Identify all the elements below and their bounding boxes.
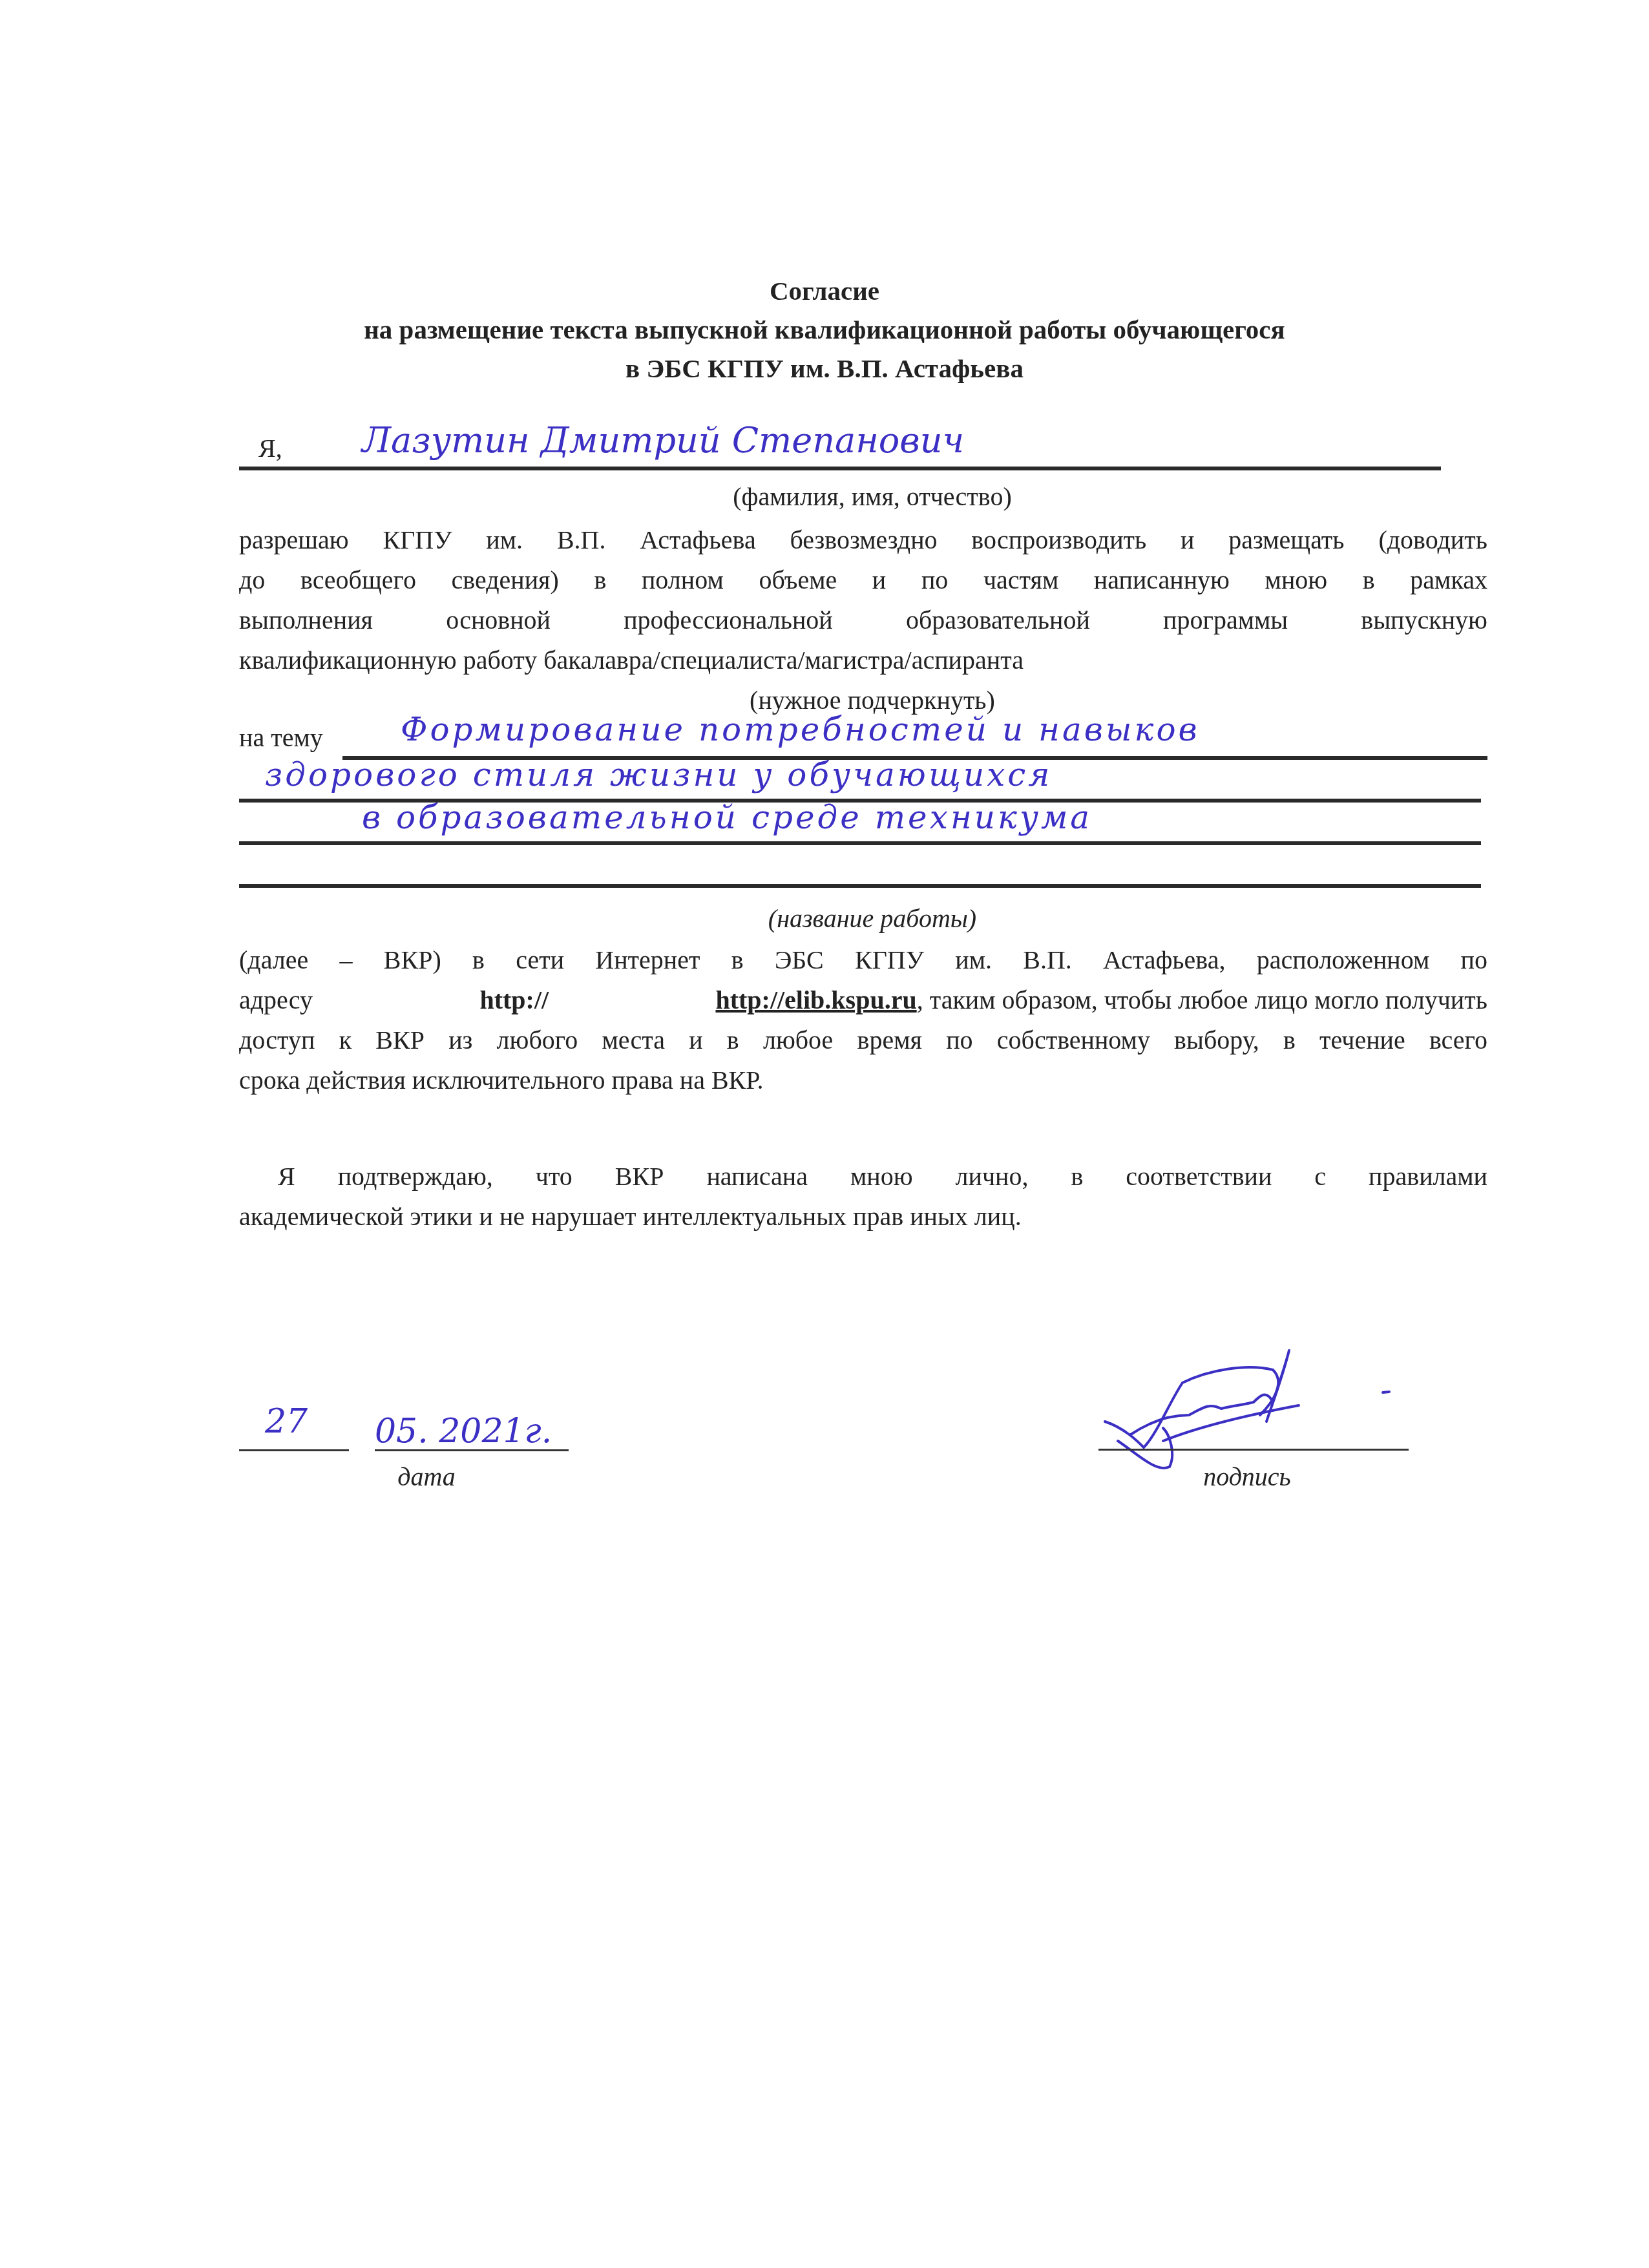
date-caption: дата	[362, 1462, 491, 1492]
paragraph2-line4: срока действия исключительного права на …	[239, 1060, 1487, 1100]
paragraph2-line1: (далее – ВКР) в сети Интернет в ЭБС КГПУ…	[239, 940, 1487, 980]
paragraph1-line2: до всеобщего сведения) в полном объеме и…	[239, 560, 1487, 600]
elib-link[interactable]: http://elib.kspu.ru	[715, 985, 916, 1014]
name-handwritten[interactable]: Лазутин Дмитрий Степанович	[362, 420, 964, 461]
topic-caption: (название работы)	[646, 903, 1098, 934]
paragraph1-line3: выполнения основной профессиональной обр…	[239, 600, 1487, 640]
document-title: Согласие	[0, 271, 1649, 310]
date-month-year-handwritten[interactable]: 05. 2021г.	[375, 1412, 552, 1451]
document-subtitle-institution: в ЭБС КГПУ им. В.П. Астафьева	[0, 349, 1649, 388]
topic-handwritten-line1[interactable]: Формирование потребностей и навыков	[401, 711, 1200, 748]
paragraph1-line4: квалификационную работу бакалавра/специа…	[239, 640, 1487, 680]
paragraph3-line1: Я подтверждаю, что ВКР написана мною лич…	[278, 1157, 1487, 1197]
address-protocol: http://	[479, 980, 549, 1020]
paragraph2-line2: адресу http:// http://elib.kspu.ru, таки…	[239, 980, 1487, 1020]
name-caption: (фамилия, имя, отчество)	[646, 481, 1098, 512]
address-suffix: , таким образом, чтобы любое лицо могло …	[917, 985, 1487, 1014]
name-prefix: Я,	[258, 433, 282, 463]
topic-prefix: на тему	[239, 722, 323, 753]
topic-handwritten-line2[interactable]: здорового стиля жизни у обучающихся	[265, 756, 1052, 793]
date-day-handwritten[interactable]: 27	[265, 1402, 308, 1441]
date-month-year-underline	[375, 1449, 569, 1451]
signature-underline	[1098, 1449, 1409, 1451]
paragraph3-line2: академической этики и не нарушает интелл…	[239, 1197, 1487, 1237]
paragraph1-line1: разрешаю КГПУ им. В.П. Астафьева безвозм…	[239, 520, 1487, 560]
date-day-underline	[239, 1449, 349, 1451]
paragraph2-line3: доступ к ВКР из любого места и в любое в…	[239, 1020, 1487, 1060]
topic-underline-4	[239, 884, 1481, 888]
address-prefix: адресу	[239, 980, 313, 1020]
document-subtitle: на размещение текста выпускной квалифика…	[0, 310, 1649, 349]
topic-handwritten-line3[interactable]: в образовательной среде техникума	[362, 799, 1092, 836]
topic-underline-3	[239, 841, 1481, 845]
signature-caption: подпись	[1182, 1462, 1312, 1492]
name-underline	[239, 467, 1441, 470]
